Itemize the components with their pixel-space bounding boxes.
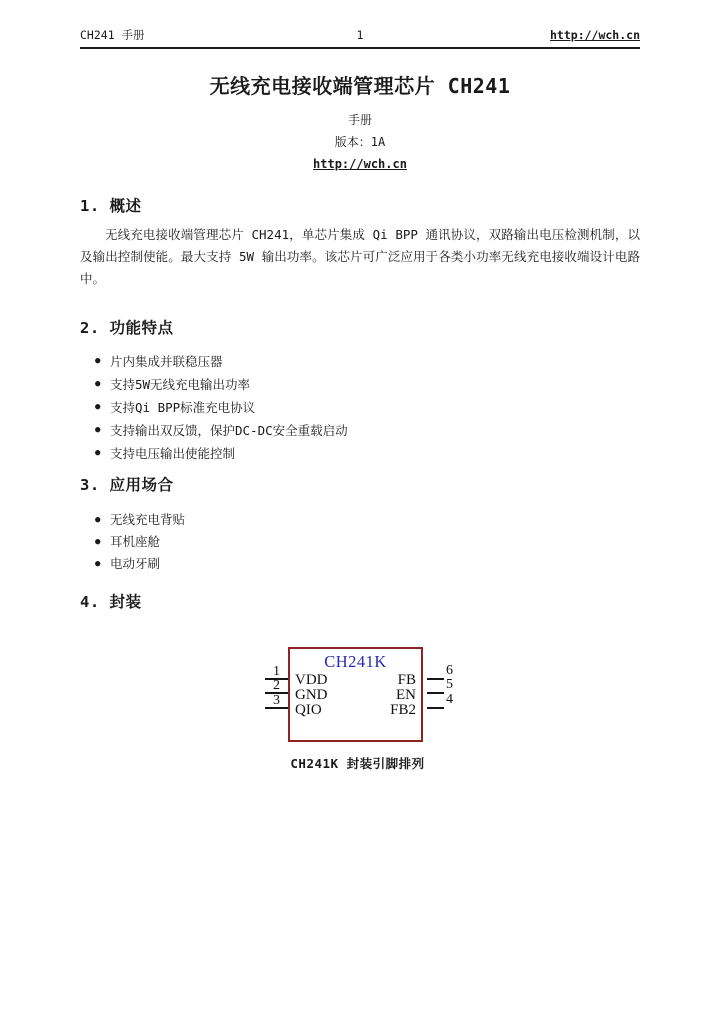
header-page-number: 1	[267, 28, 454, 43]
pin-label-qio: QIO	[295, 702, 322, 718]
chip-body: CH241K VDD GND QIO FB EN FB2	[288, 647, 423, 742]
pin-label-vdd: VDD	[295, 672, 328, 688]
feature-item: ●支持Qi BPP标准充电协议	[95, 396, 640, 419]
feature-item: ●片内集成并联稳压器	[95, 350, 640, 373]
title-block: 无线充电接收端管理芯片 CH241 手册 版本：1A http://wch.cn	[0, 74, 720, 175]
header-site-link[interactable]: http://wch.cn	[550, 28, 640, 42]
applications-heading: 3. 应用场合	[80, 475, 640, 495]
bullet-icon: ●	[95, 531, 100, 554]
figure-caption: CH241K 封装引脚排列	[80, 754, 635, 772]
application-item: ●无线充电背贴	[95, 509, 640, 531]
pin-4-number: 4	[444, 693, 453, 707]
chip-name-label: CH241K	[290, 652, 421, 672]
pin-3-number: 3	[273, 693, 280, 708]
bullet-icon: ●	[95, 350, 100, 373]
bullet-icon: ●	[95, 373, 100, 396]
features-heading: 2. 功能特点	[80, 318, 640, 338]
feature-item: ●支持5W无线充电输出功率	[95, 373, 640, 396]
package-heading: 4. 封装	[80, 592, 640, 612]
pin-6-number: 6	[444, 664, 453, 678]
pin-3-lead: 3	[265, 692, 288, 709]
chip-pinout-diagram: 1 2 3 6 5 4 CH241K VDD GND QIO FB EN FB2…	[80, 645, 640, 780]
header-doc-label: CH241 手册	[80, 28, 267, 43]
page-content: 1. 概述 无线充电接收端管理芯片 CH241，单芯片集成 Qi BPP 通讯协…	[80, 196, 640, 780]
overview-heading: 1. 概述	[80, 196, 640, 216]
datasheet-page: CH241 手册 1 http://wch.cn 无线充电接收端管理芯片 CH2…	[0, 0, 720, 1024]
feature-item: ●支持电压输出使能控制	[95, 442, 640, 465]
pin-label-fb: FB	[398, 672, 416, 688]
applications-list: ●无线充电背贴 ●耳机座舱 ●电动牙刷	[95, 509, 640, 575]
pin-label-en: EN	[396, 687, 416, 703]
version-label: 版本：1A	[0, 131, 720, 153]
title-site-link[interactable]: http://wch.cn	[313, 157, 407, 171]
bullet-icon: ●	[95, 396, 100, 419]
pin-2-number: 2	[273, 678, 280, 693]
pin-label-gnd: GND	[295, 687, 328, 703]
bullet-icon: ●	[95, 509, 100, 532]
features-list: ●片内集成并联稳压器 ●支持5W无线充电输出功率 ●支持Qi BPP标准充电协议…	[95, 350, 640, 465]
feature-item: ●支持输出双反馈，保护DC-DC安全重载启动	[95, 419, 640, 442]
application-item: ●电动牙刷	[95, 553, 640, 575]
doc-title: 无线充电接收端管理芯片 CH241	[0, 74, 720, 98]
bullet-icon: ●	[95, 442, 100, 465]
overview-paragraph: 无线充电接收端管理芯片 CH241，单芯片集成 Qi BPP 通讯协议，双路输出…	[80, 224, 640, 290]
application-item: ●耳机座舱	[95, 531, 640, 553]
bullet-icon: ●	[95, 553, 100, 576]
pin-5-number: 5	[444, 678, 453, 692]
pin-4-lead: 4	[427, 692, 444, 709]
page-header: CH241 手册 1 http://wch.cn	[80, 28, 640, 49]
pin-label-fb2: FB2	[390, 702, 416, 718]
bullet-icon: ●	[95, 419, 100, 442]
doc-type-label: 手册	[0, 109, 720, 131]
